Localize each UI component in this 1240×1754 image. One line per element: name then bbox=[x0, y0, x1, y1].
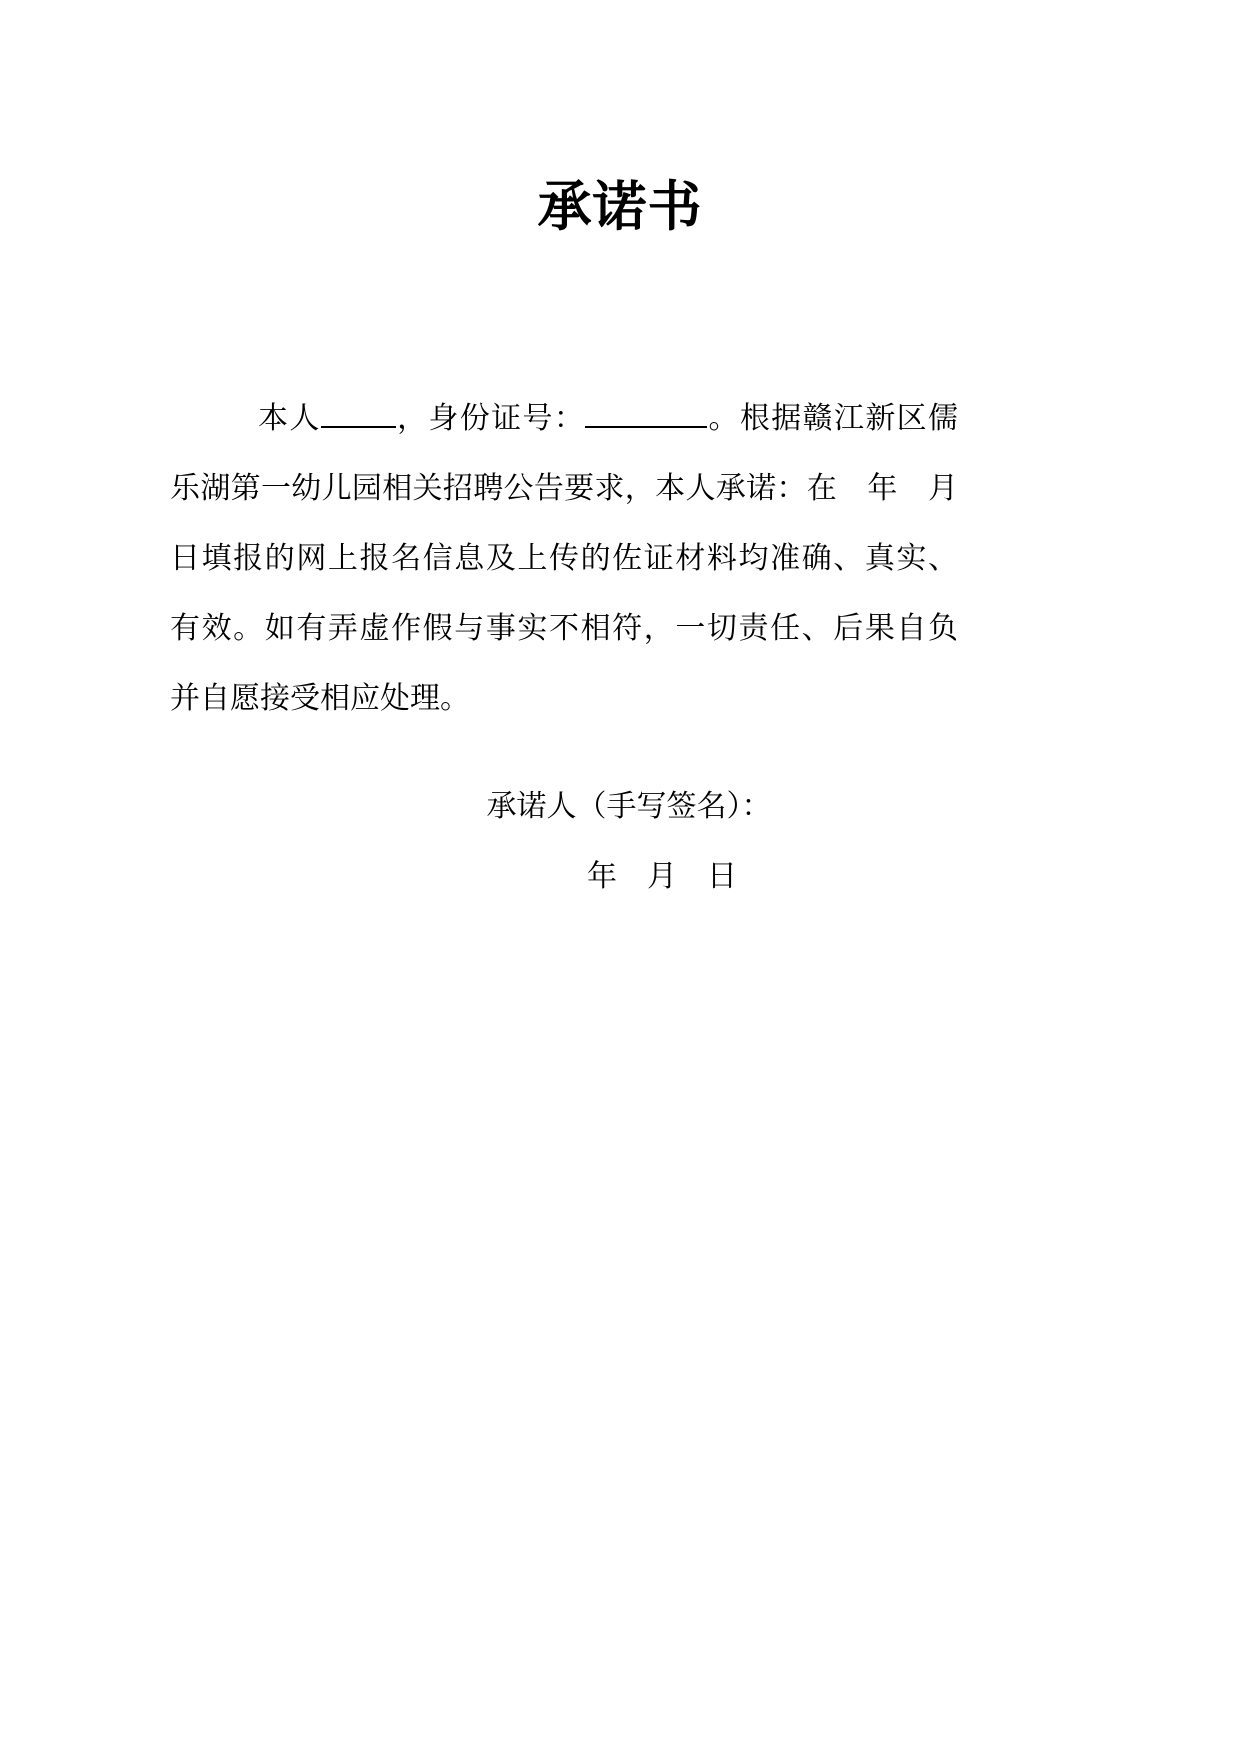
name-blank-underline bbox=[321, 396, 396, 428]
body-line-1: 本人，身份证号：。根据赣江新区儒 bbox=[170, 384, 958, 454]
line1-lead-text: 本人 bbox=[258, 402, 321, 435]
body-line-2: 乐湖第一幼儿园相关招聘公告要求，本人承诺：在 年 月 bbox=[170, 454, 958, 524]
body-line-5: 并自愿接受相应处理。 bbox=[170, 664, 958, 734]
document-page: 承诺书 本人，身份证号：。根据赣江新区儒 乐湖第一幼儿园相关招聘公告要求，本人承… bbox=[0, 0, 1240, 1754]
line1-id-label-text: ，身份证号： bbox=[396, 402, 585, 435]
date-line: 年 月 日 bbox=[0, 842, 1240, 912]
id-number-blank-underline bbox=[585, 396, 707, 428]
body-line-4: 有效。如有弄虚作假与事实不相符，一切责任、后果自负 bbox=[170, 594, 958, 664]
line1-tail-text: 。根据赣江新区儒 bbox=[707, 402, 958, 435]
signature-label: 承诺人（手写签名）： bbox=[0, 772, 1240, 842]
document-body: 本人，身份证号：。根据赣江新区儒 乐湖第一幼儿园相关招聘公告要求，本人承诺：在 … bbox=[170, 384, 958, 734]
body-line-3: 日填报的网上报名信息及上传的佐证材料均准确、真实、 bbox=[170, 524, 958, 594]
document-title: 承诺书 bbox=[0, 172, 1240, 242]
